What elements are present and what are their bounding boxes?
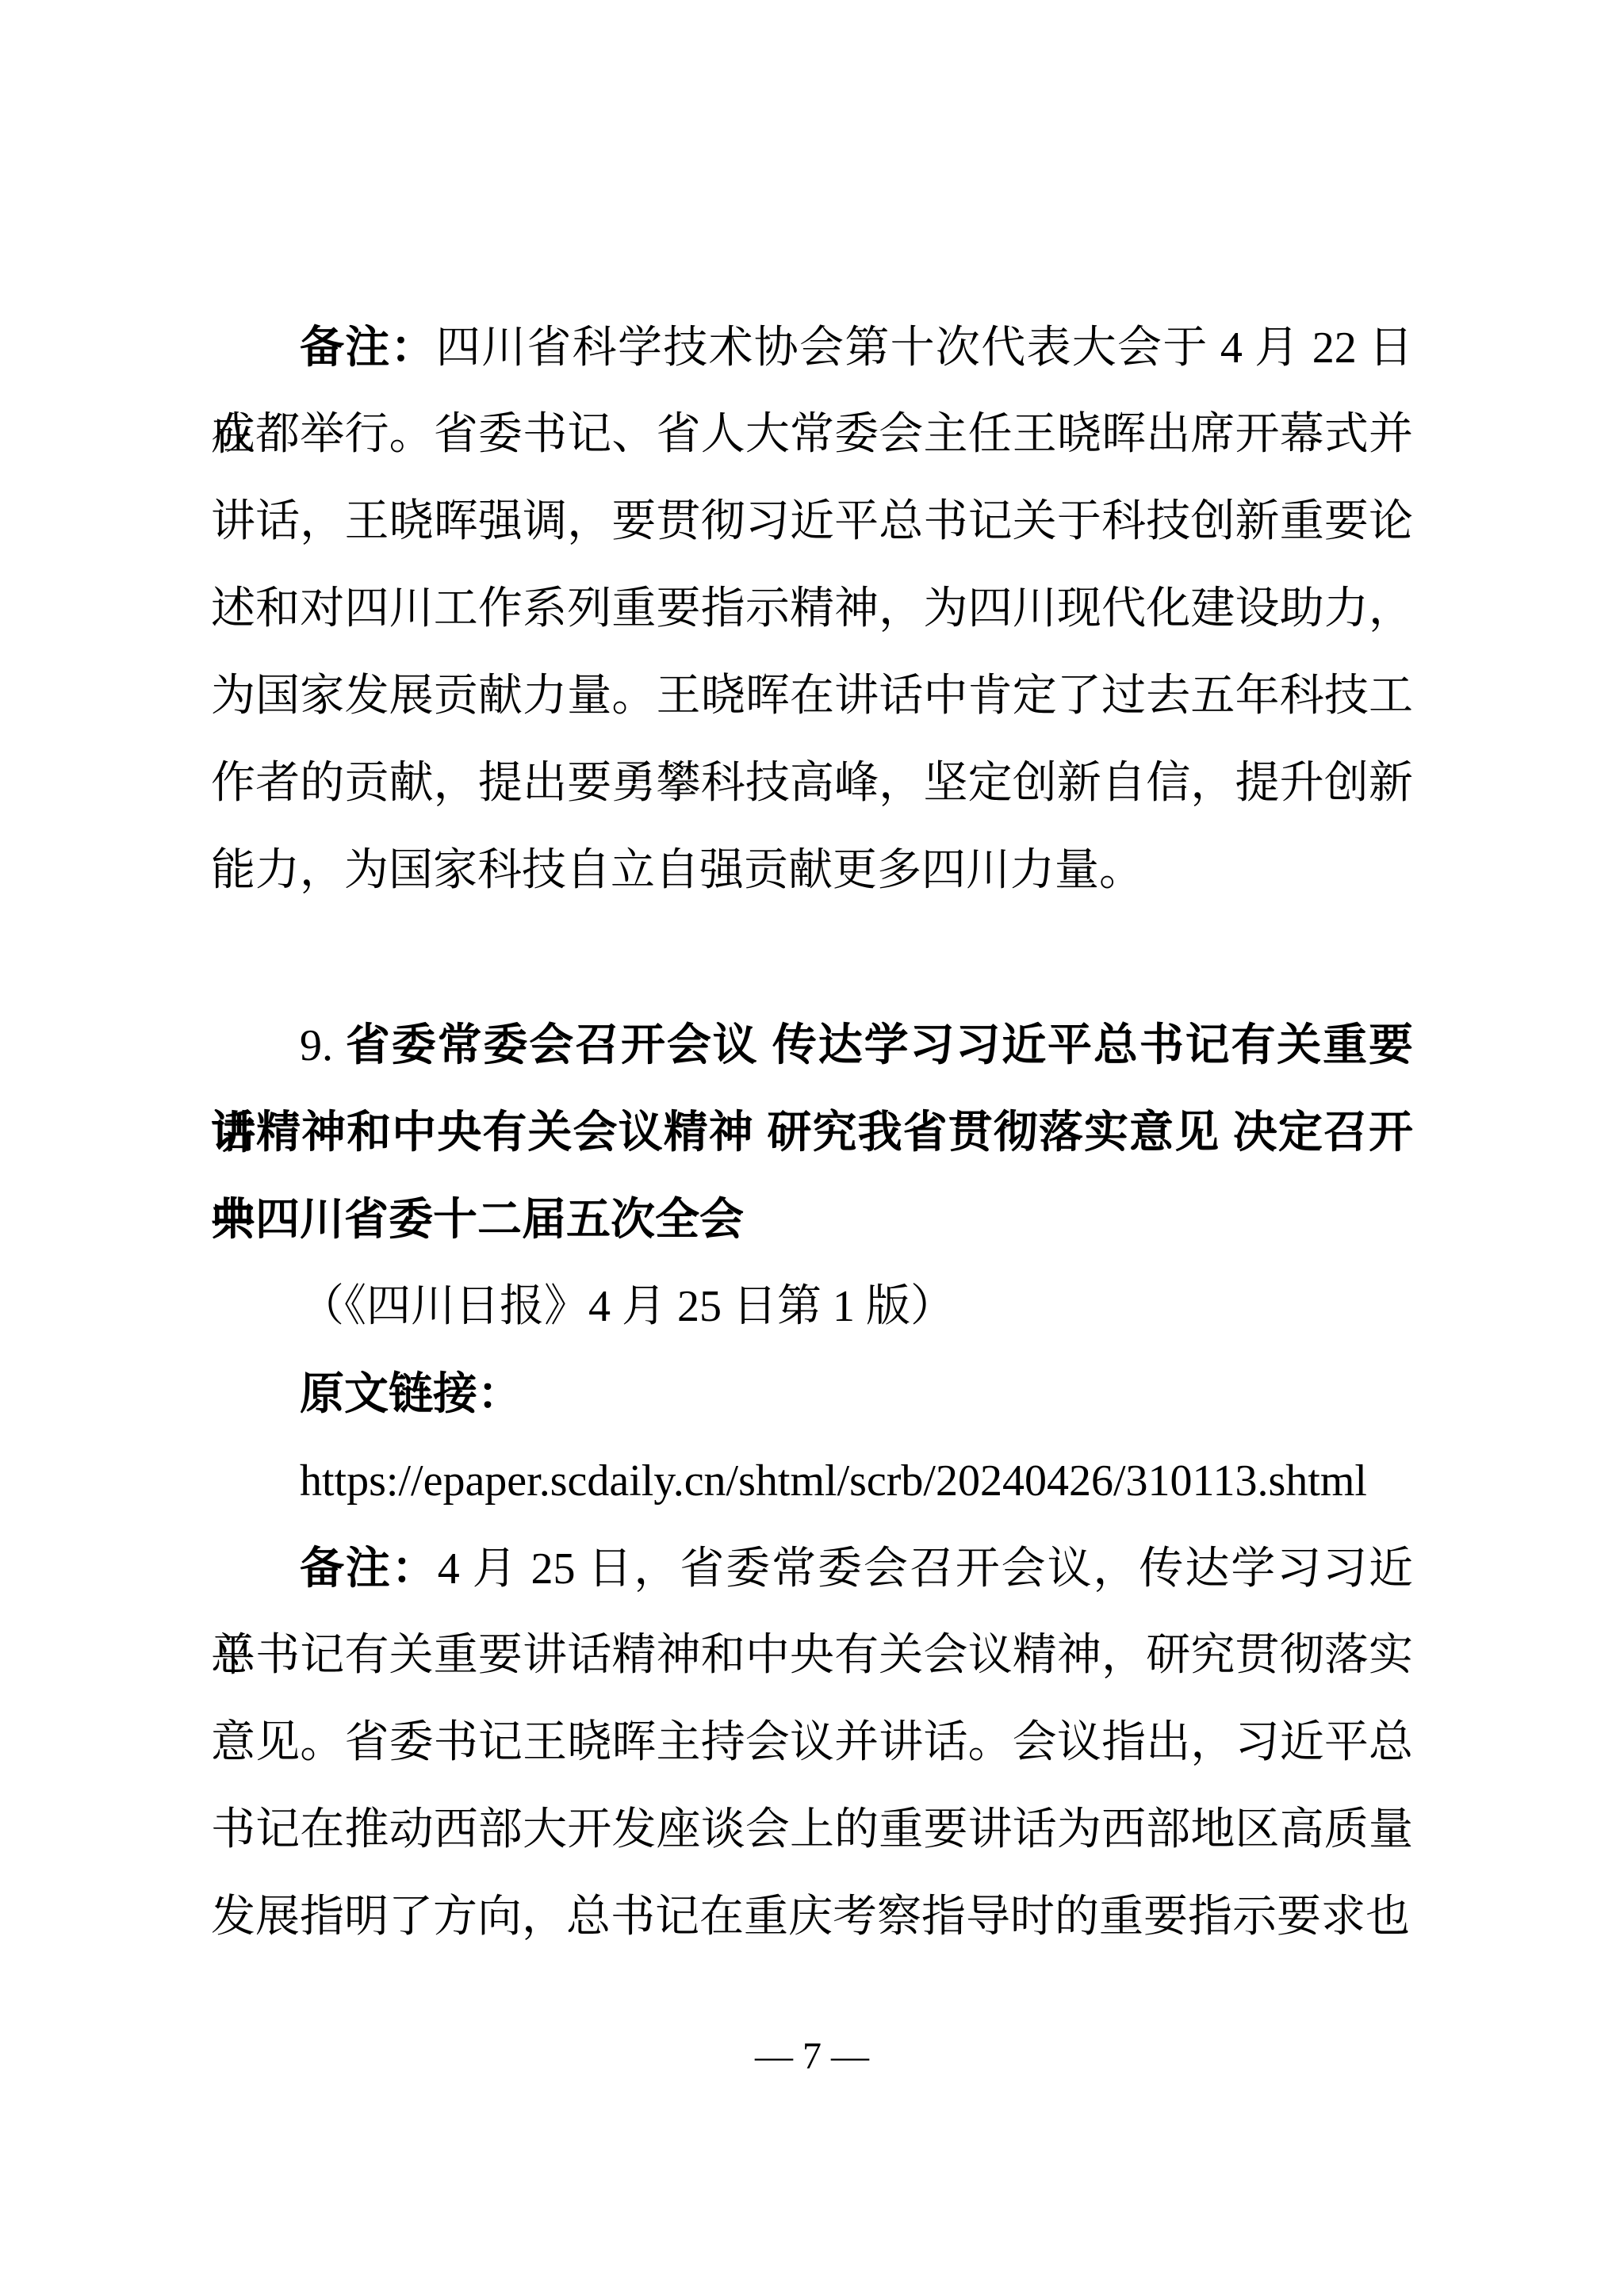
- link-label: 原文链接：: [300, 1368, 522, 1418]
- note1-line-7: 能力，为国家科技自立自强贡献更多四川力量。: [211, 827, 1413, 914]
- page-number-text: — 7 —: [755, 2035, 869, 2077]
- source-text: （《四川日报》4 月 25 日第 1 版）: [300, 1282, 955, 1331]
- note2-line-3: 意见。省委书记王晓晖主持会议并讲话。会议指出，习近平总: [211, 1699, 1413, 1786]
- note2-line-1: 备注：4 月 25 日，省委常委会召开会议，传达学习习近平: [211, 1525, 1413, 1612]
- blank-line: [211, 914, 1413, 1001]
- page-number: — 7 —: [0, 2034, 1624, 2079]
- note1-line-5: 为国家发展贡献力量。王晓晖在讲话中肯定了过去五年科技工: [211, 652, 1413, 740]
- heading-line-2: 话精神和中央有关会议精神 研究我省贯彻落实意见 决定召开中: [211, 1089, 1413, 1176]
- note2-line-5: 发展指明了方向，总书记在重庆考察指导时的重要指示要求也: [211, 1873, 1413, 1961]
- source-line: （《四川日报》4 月 25 日第 1 版）: [211, 1263, 1413, 1350]
- note1-text-5: 为国家发展贡献力量。王晓晖在讲话中肯定了过去五年科技工: [211, 672, 1413, 721]
- note1-line-1: 备注：四川省科学技术协会第十次代表大会于 4 月 22 日在: [211, 304, 1413, 391]
- note1-line-4: 述和对四川工作系列重要指示精神，为四川现代化建设助力，: [211, 565, 1413, 652]
- note1-line-6: 作者的贡献，提出要勇攀科技高峰，坚定创新自信，提升创新: [211, 740, 1413, 827]
- document-page: 备注：四川省科学技术协会第十次代表大会于 4 月 22 日在 成都举行。省委书记…: [0, 0, 1624, 2296]
- note1-label: 备注：: [300, 322, 436, 372]
- url-line: https://epaper.scdaily.cn/shtml/scrb/202…: [211, 1437, 1413, 1525]
- note1-line-2: 成都举行。省委书记、省人大常委会主任王晓晖出席开幕式并: [211, 391, 1413, 478]
- note1-text-6: 作者的贡献，提出要勇攀科技高峰，坚定创新自信，提升创新: [211, 759, 1413, 808]
- heading-text-3: 共四川省委十二届五次全会: [211, 1194, 744, 1244]
- note2-text-3: 意见。省委书记王晓晖主持会议并讲话。会议指出，习近平总: [211, 1718, 1413, 1767]
- note1-text-2: 成都举行。省委书记、省人大常委会主任王晓晖出席开幕式并: [211, 410, 1413, 459]
- heading-line-1: 9. 省委常委会召开会议 传达学习习近平总书记有关重要讲: [211, 1001, 1413, 1089]
- note1-text-4: 述和对四川工作系列重要指示精神，为四川现代化建设助力，: [211, 584, 1413, 633]
- document-body: 备注：四川省科学技术协会第十次代表大会于 4 月 22 日在 成都举行。省委书记…: [211, 304, 1413, 1961]
- heading-line-3: 共四川省委十二届五次全会: [211, 1176, 1413, 1263]
- note2-line-4: 书记在推动西部大开发座谈会上的重要讲话为西部地区高质量: [211, 1786, 1413, 1873]
- note2-label: 备注：: [300, 1543, 438, 1593]
- link-label-line: 原文链接：: [211, 1350, 1413, 1437]
- note2-text-4: 书记在推动西部大开发座谈会上的重要讲话为西部地区高质量: [211, 1805, 1413, 1854]
- note2-text-2: 总书记有关重要讲话精神和中央有关会议精神，研究贯彻落实: [211, 1631, 1413, 1680]
- heading-number: 9.: [300, 1021, 346, 1070]
- note1-text-3: 讲话，王晓晖强调，要贯彻习近平总书记关于科技创新重要论: [211, 497, 1413, 546]
- url-text: https://epaper.scdaily.cn/shtml/scrb/202…: [300, 1456, 1367, 1506]
- note2-text-5: 发展指明了方向，总书记在重庆考察指导时的重要指示要求也: [211, 1892, 1410, 1942]
- note1-line-3: 讲话，王晓晖强调，要贯彻习近平总书记关于科技创新重要论: [211, 478, 1413, 565]
- note2-line-2: 总书记有关重要讲话精神和中央有关会议精神，研究贯彻落实: [211, 1612, 1413, 1699]
- note1-text-7: 能力，为国家科技自立自强贡献更多四川力量。: [211, 846, 1143, 895]
